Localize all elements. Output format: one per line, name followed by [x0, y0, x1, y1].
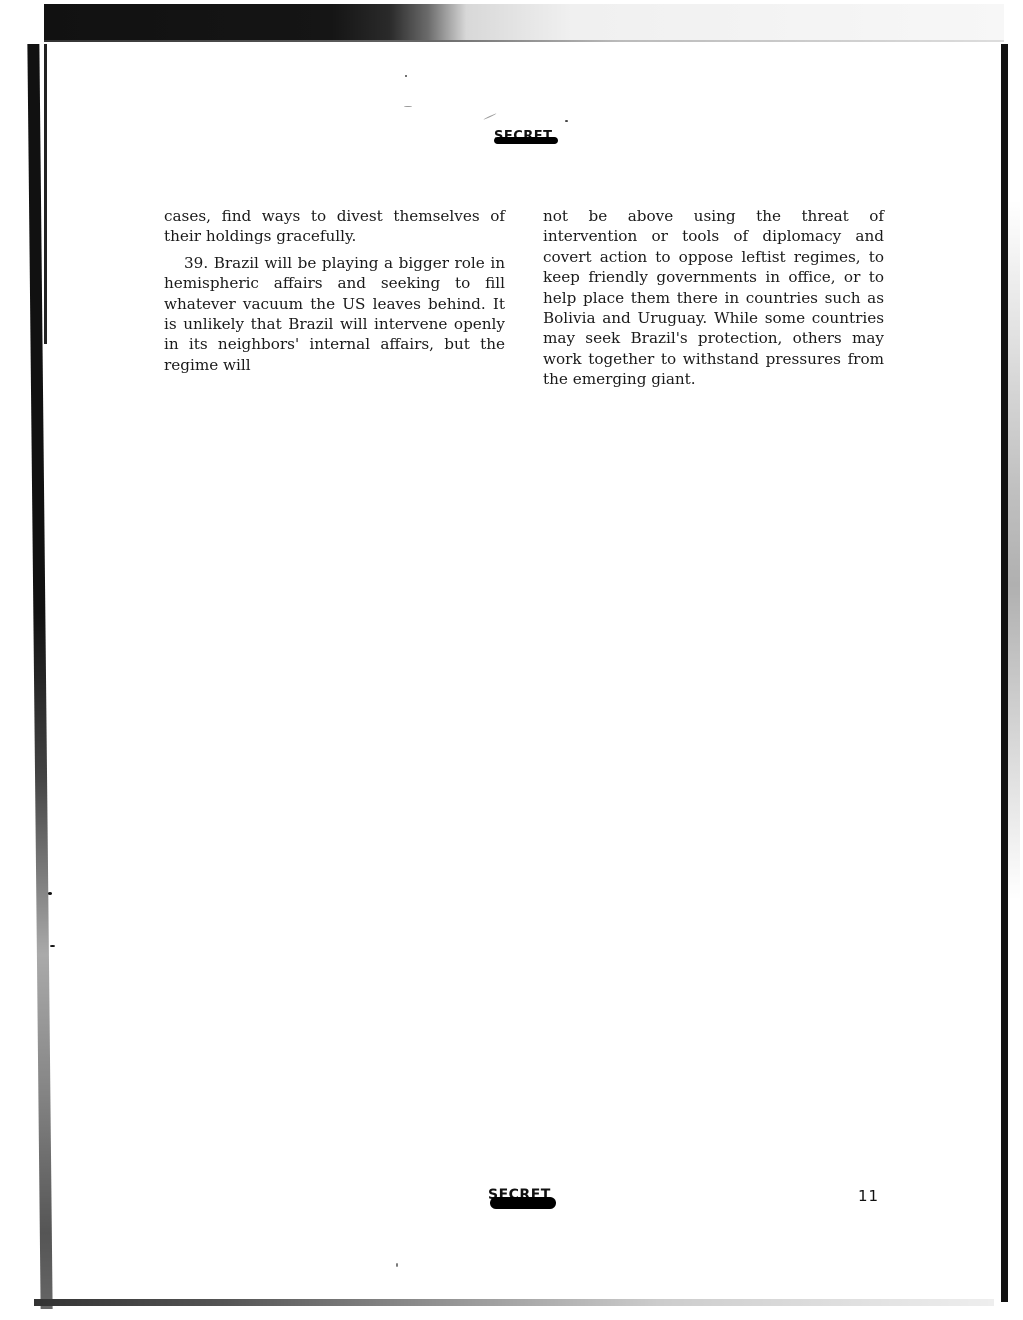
scan-edge-bottom — [34, 1299, 994, 1306]
left-column: cases, find ways to divest themselves of… — [164, 206, 505, 375]
scan-speck — [483, 113, 496, 120]
paragraph-39-continuation: not be above using the threat of interve… — [543, 206, 884, 390]
scan-speck — [396, 1263, 398, 1267]
scan-edge-left-line — [44, 44, 47, 344]
classification-marking-top: SECRET — [494, 129, 560, 149]
scan-edge-top-line — [44, 40, 1004, 42]
classification-marking-bottom: SECRET — [488, 1187, 560, 1211]
paragraph-39: 39. Brazil will be playing a bigger role… — [164, 253, 505, 375]
right-column: not be above using the threat of interve… — [543, 206, 884, 390]
scan-edge-right — [1001, 44, 1008, 1302]
scan-edge-top — [44, 4, 1004, 42]
scan-speck — [404, 106, 412, 107]
scan-speck — [50, 945, 55, 947]
scan-speck — [565, 120, 568, 122]
scan-speck — [405, 75, 407, 77]
redaction-bar — [494, 137, 558, 144]
paragraph-continuation: cases, find ways to divest themselves of… — [164, 206, 505, 247]
page-number: 11 — [858, 1187, 879, 1205]
scan-edge-right-noise — [1008, 200, 1020, 900]
scan-speck — [48, 892, 52, 895]
document-page: SECRET cases, find ways to divest themse… — [0, 0, 1023, 1320]
scan-edge-left — [27, 44, 52, 1309]
redaction-bar — [490, 1197, 556, 1209]
